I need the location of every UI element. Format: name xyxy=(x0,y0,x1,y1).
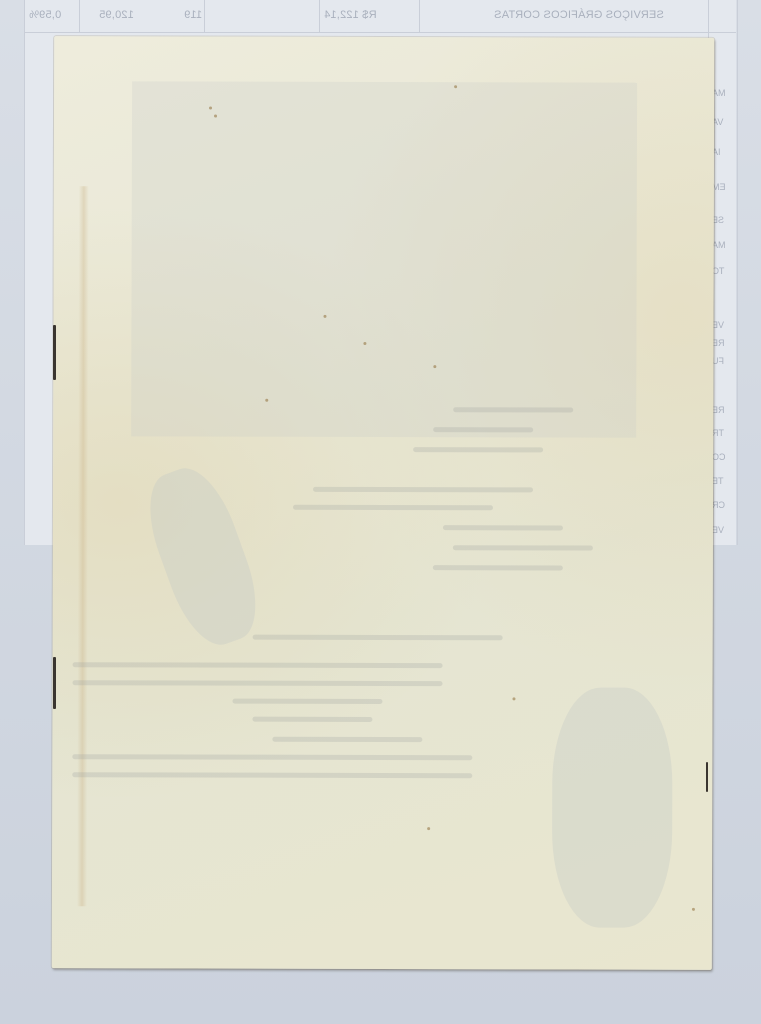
row-label: EM xyxy=(712,182,726,192)
bleed-through-image-area xyxy=(131,81,637,437)
bleed-through-shape xyxy=(135,458,271,654)
header-cell-price: R$ 122,14 xyxy=(324,9,377,21)
row-label: SE xyxy=(712,215,724,225)
staple-edge xyxy=(706,762,708,792)
row-label: RE xyxy=(712,405,725,415)
bleed-through-shape xyxy=(552,687,673,927)
header-cell-description: SERVIÇOS GRÁFICOS CORTAS xyxy=(494,9,664,21)
bleed-through-text-line xyxy=(453,407,573,412)
row-label: CR xyxy=(712,500,725,510)
header-cell-qty: 119 xyxy=(184,9,202,21)
row-label: RE xyxy=(712,338,725,348)
booklet-back-cover xyxy=(52,36,714,970)
row-label: TR xyxy=(712,428,724,438)
row-label: FU xyxy=(712,356,724,366)
row-label: TO xyxy=(712,266,724,276)
fold-crease xyxy=(77,186,89,906)
staple xyxy=(53,325,56,380)
row-label: VE xyxy=(712,320,724,330)
row-label: CO xyxy=(712,452,726,462)
row-label: VE xyxy=(712,525,724,535)
header-cell-value: 120,95 xyxy=(99,9,134,21)
row-label: MA xyxy=(712,240,726,250)
row-label: TE xyxy=(712,476,724,486)
staple xyxy=(53,657,56,709)
table-left-column xyxy=(24,0,57,545)
